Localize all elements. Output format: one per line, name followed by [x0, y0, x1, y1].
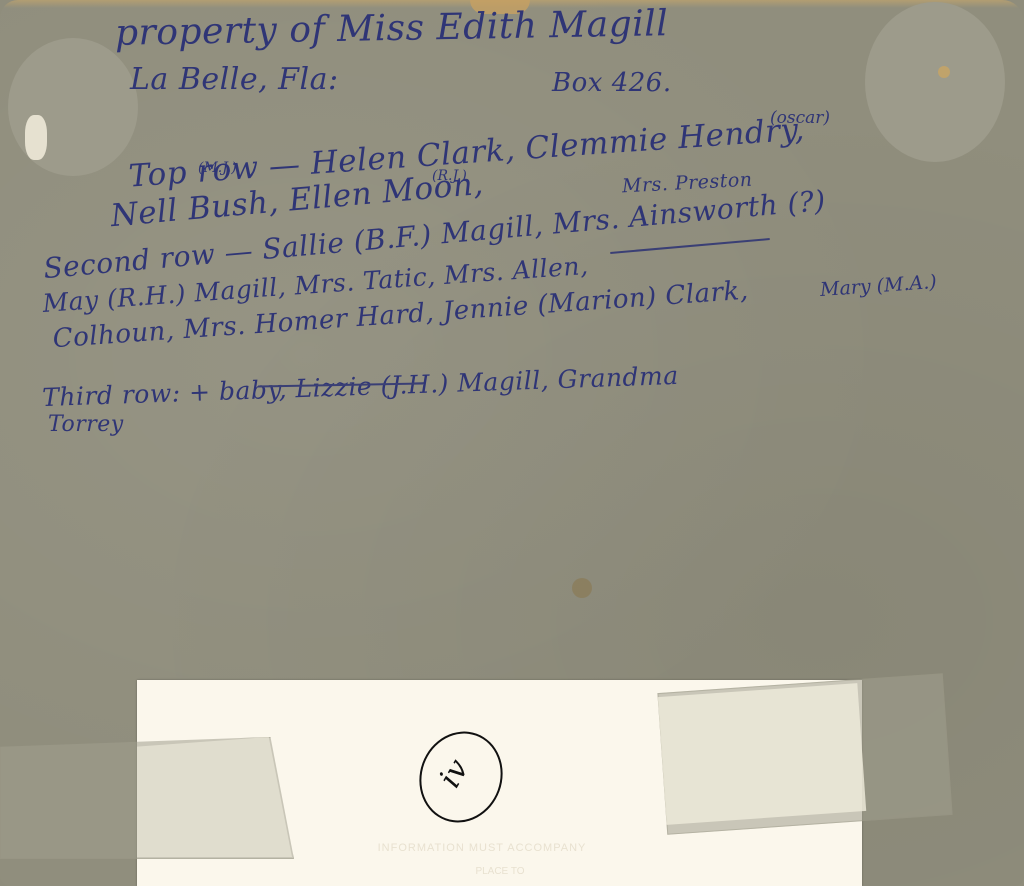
box-line: Box 426. [552, 68, 672, 98]
tape-right-over-label [658, 683, 866, 825]
photo-card-back: property of Miss Edith Magill La Belle, … [0, 0, 1024, 886]
underline-ainsworth [610, 238, 770, 254]
stain-spot [572, 578, 592, 598]
annotation-mary: Mary (M.A.) [819, 271, 937, 301]
third-row-line-2: Torrey [48, 412, 124, 437]
annotation-mj: (M.J.) [198, 160, 237, 176]
owner-line: property of Miss Edith Magill [115, 3, 669, 54]
address-line: La Belle, Fla: [130, 62, 339, 97]
glue-mark-right [865, 2, 1005, 162]
label-faint-print-2: PLACE TO [430, 866, 570, 877]
third-row-line-1: Third row: + baby, Lizzie (J.H.) Magill,… [42, 361, 679, 412]
paper-fleck [25, 115, 47, 160]
glue-dot [938, 66, 950, 78]
label-faint-print-1: INFORMATION MUST ACCOMPANY [352, 842, 612, 854]
tape-left-over-label [137, 737, 292, 857]
